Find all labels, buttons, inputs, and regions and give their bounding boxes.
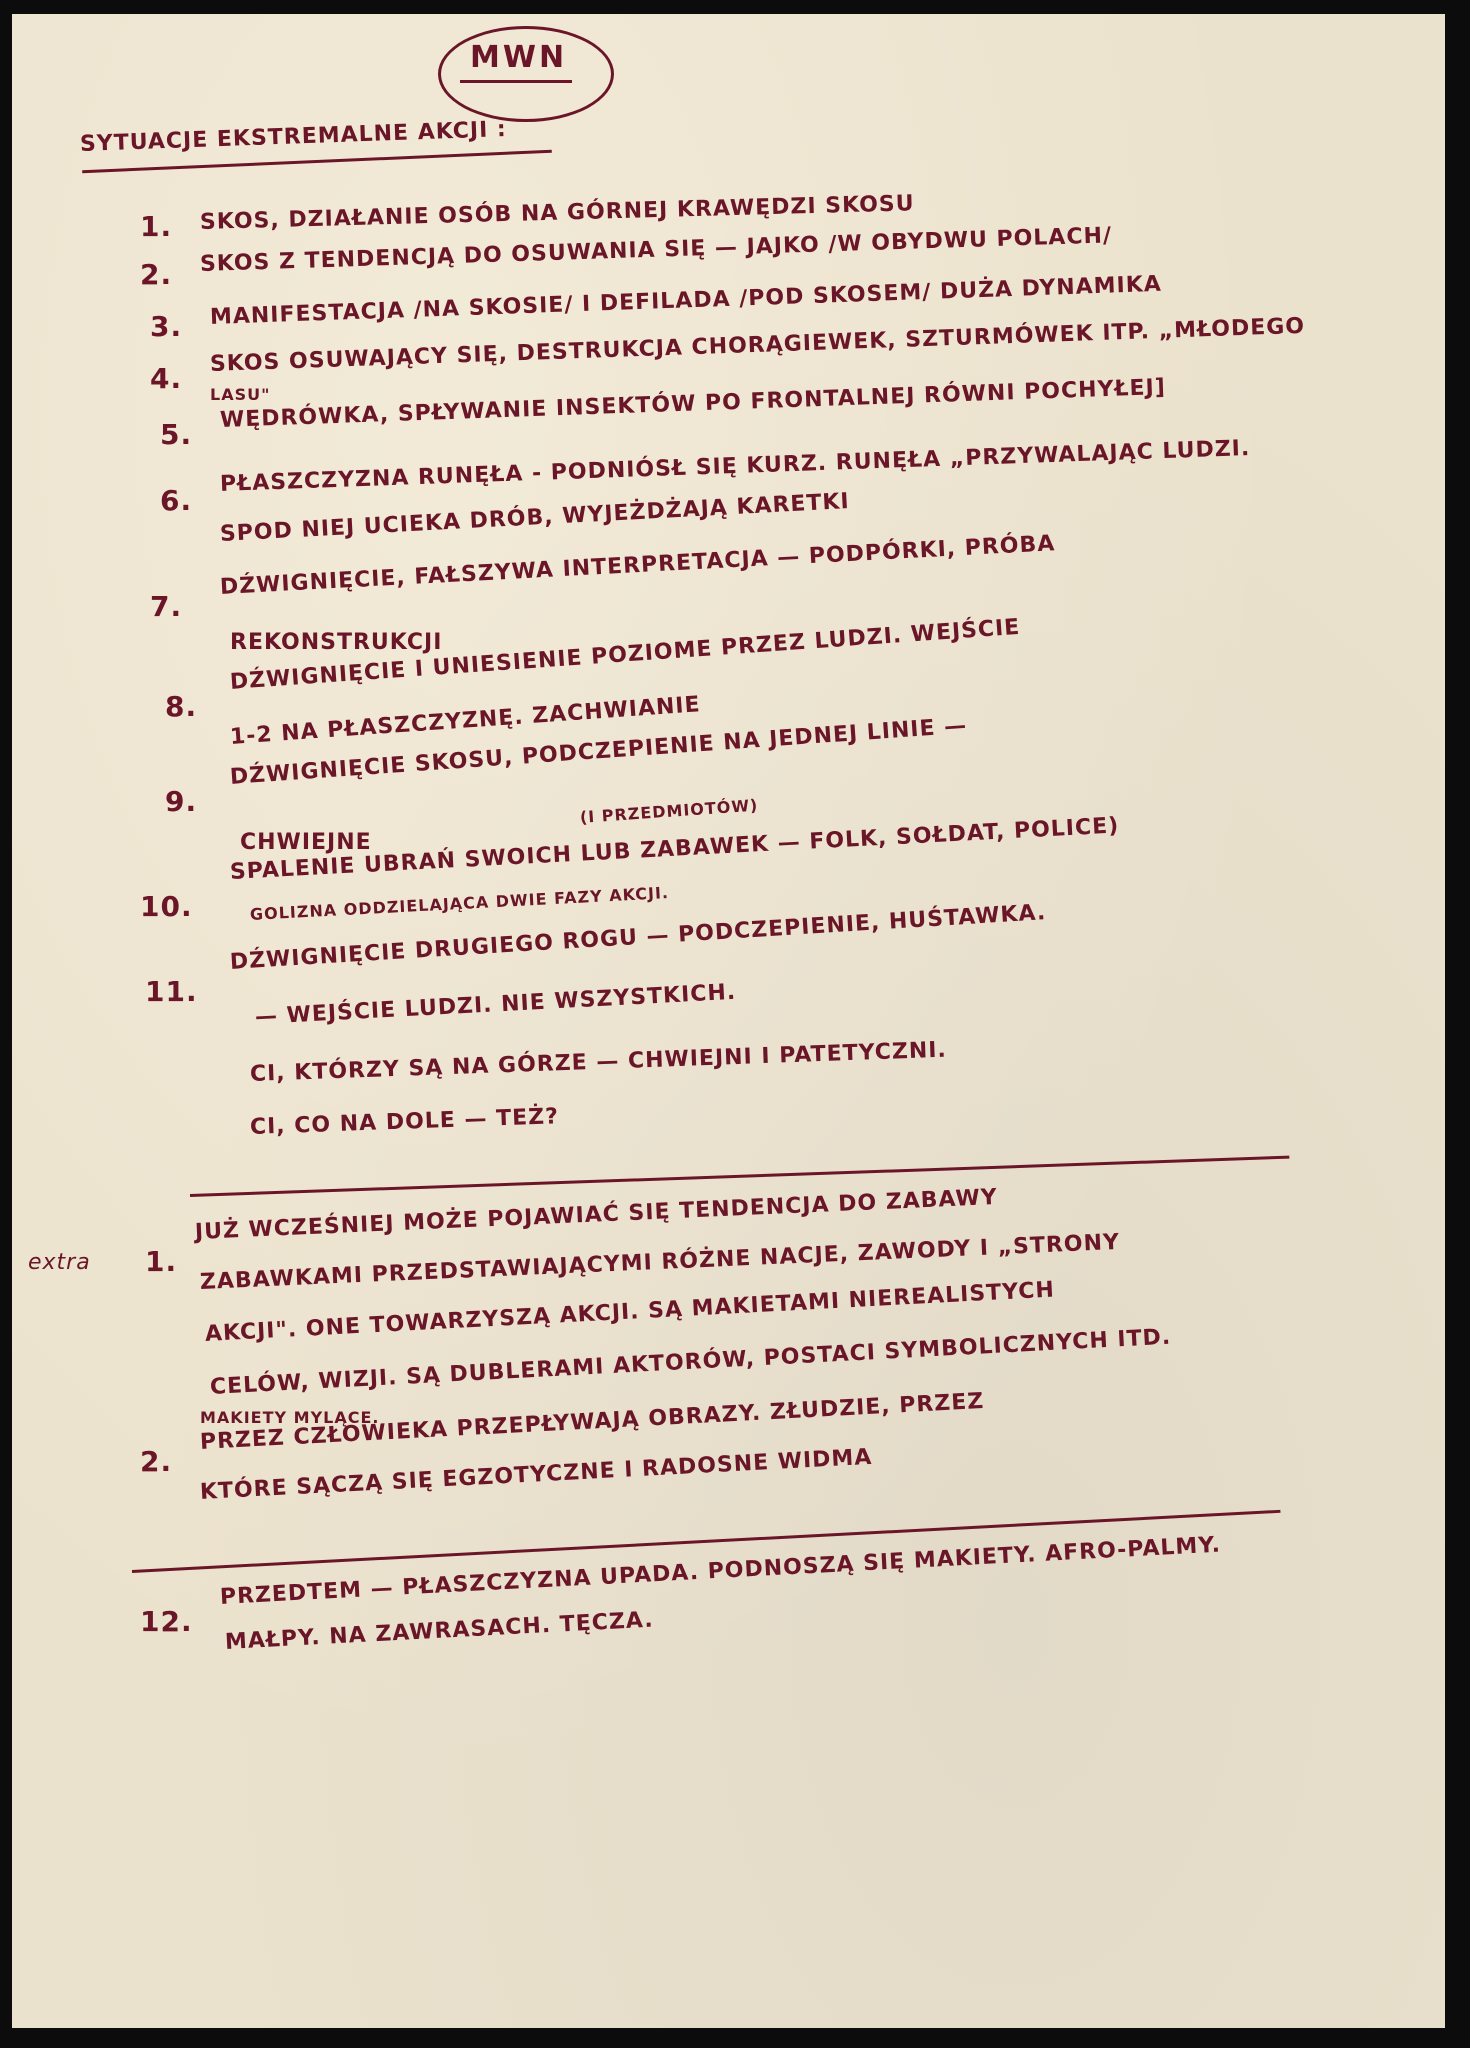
extra-label: extra	[28, 1250, 91, 1275]
item-line: rekonstrukcji	[230, 630, 442, 655]
item-line: chwiejne	[240, 830, 372, 855]
item-number: 5.	[160, 418, 192, 451]
item-number: 12.	[140, 1605, 193, 1638]
item-number: 8.	[165, 690, 197, 723]
item-number: 11.	[145, 975, 198, 1008]
stamp-text: MWN	[470, 40, 567, 75]
item-line: lasu"	[210, 385, 270, 404]
extra-item-number: 1.	[145, 1245, 177, 1278]
extra-item-number: 2.	[140, 1445, 172, 1478]
item-number: 2.	[140, 258, 172, 291]
stamp-underline	[460, 80, 572, 83]
item-number: 1.	[140, 210, 172, 243]
item-number: 7.	[150, 590, 182, 623]
item-number: 4.	[150, 362, 182, 395]
item-number: 3.	[150, 310, 182, 343]
item-number: 6.	[160, 484, 192, 517]
item-number: 10.	[140, 890, 193, 923]
item-number: 9.	[165, 785, 197, 818]
